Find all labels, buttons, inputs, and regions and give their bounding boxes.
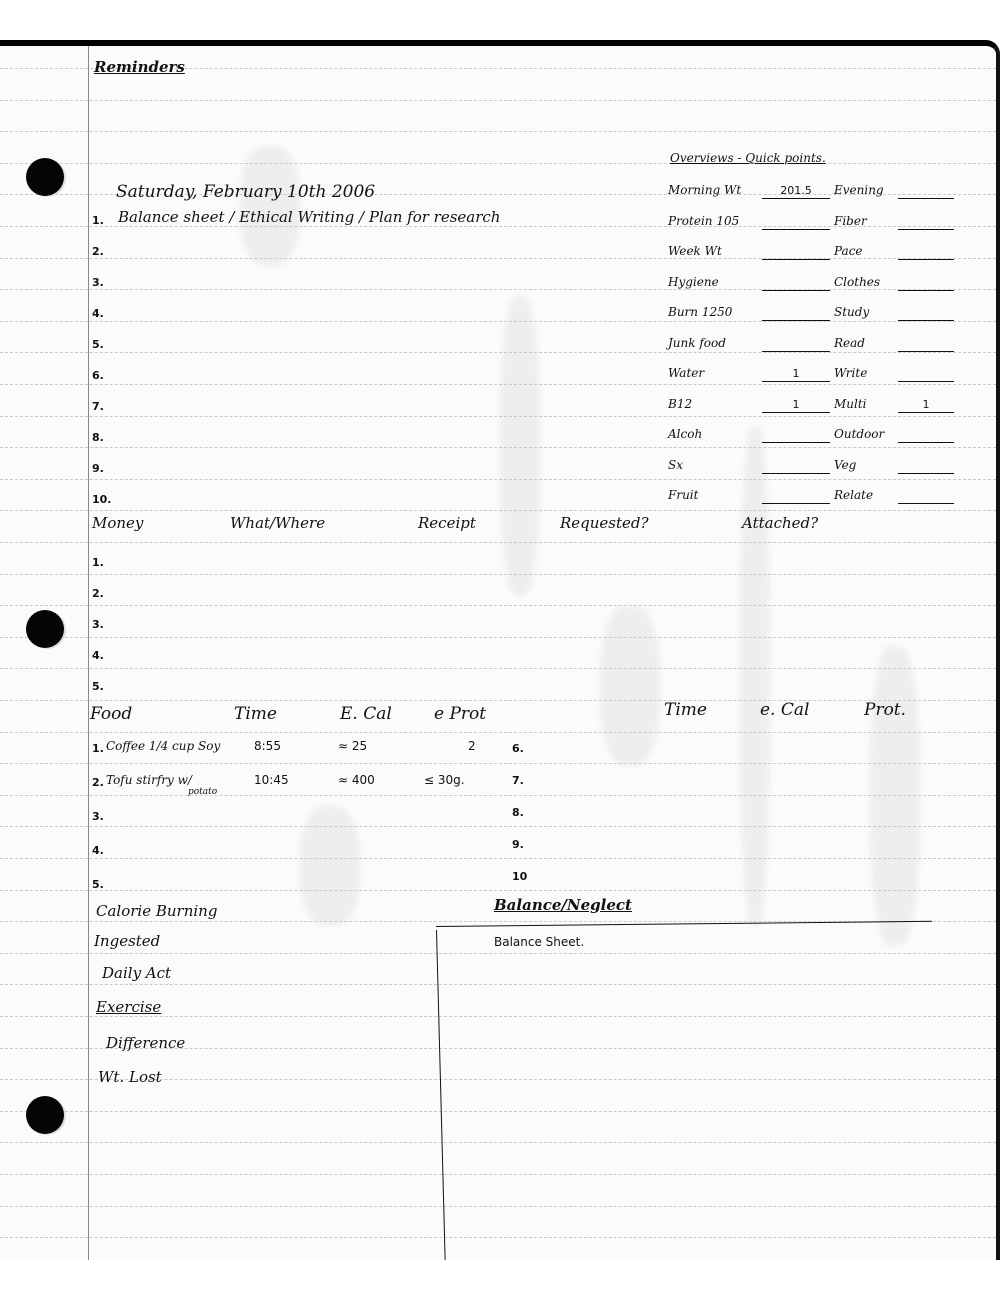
ruled-line bbox=[0, 163, 996, 164]
ruled-line bbox=[0, 1111, 996, 1112]
overview-label-left: Protein 105 bbox=[668, 215, 739, 227]
ruled-line bbox=[0, 1174, 996, 1175]
overview-label-right: Evening bbox=[834, 184, 884, 196]
ruled-line bbox=[0, 668, 996, 669]
overview-label-right: Multi bbox=[834, 398, 867, 410]
overview-field-right[interactable] bbox=[898, 473, 954, 474]
overview-label-right: Veg bbox=[834, 459, 856, 471]
food-right-row-number: 10 bbox=[512, 870, 527, 883]
overview-field-right[interactable] bbox=[898, 351, 954, 352]
binder-hole bbox=[26, 158, 64, 196]
ruled-line bbox=[0, 795, 996, 796]
food-right-column-header: Time bbox=[664, 702, 707, 719]
reminder-number: 1. bbox=[92, 214, 104, 227]
page-heading: Reminders bbox=[94, 60, 185, 75]
overview-value-left: 1 bbox=[793, 367, 800, 380]
ruled-line bbox=[0, 763, 996, 764]
reminder-number: 4. bbox=[92, 307, 104, 320]
food-right-row-number: 8. bbox=[512, 806, 524, 819]
food-row-number: 2. bbox=[92, 776, 104, 789]
money-column-header: Receipt bbox=[418, 516, 476, 531]
ruled-line bbox=[0, 131, 996, 132]
money-row-number: 5. bbox=[92, 680, 104, 693]
calorie-summary-label: Difference bbox=[106, 1036, 185, 1051]
overview-field-left[interactable]: 201.5 bbox=[762, 198, 830, 199]
money-column-header: Attached? bbox=[742, 516, 818, 531]
balance-sheet-label: Balance Sheet. bbox=[494, 936, 584, 948]
money-row-number: 3. bbox=[92, 618, 104, 631]
calorie-summary-label: Exercise bbox=[96, 1000, 161, 1015]
overview-field-right[interactable] bbox=[898, 229, 954, 230]
ruled-line bbox=[0, 1206, 996, 1207]
overview-label-right: Outdoor bbox=[834, 428, 884, 440]
overview-label-right: Write bbox=[834, 367, 867, 379]
food-right-column-header: Prot. bbox=[864, 702, 906, 719]
overview-field-right[interactable] bbox=[898, 503, 954, 504]
food-right-row-number: 7. bbox=[512, 774, 524, 787]
overview-field-left[interactable] bbox=[762, 351, 830, 352]
food-right-row-number: 9. bbox=[512, 838, 524, 851]
reminder-number: 3. bbox=[92, 276, 104, 289]
ruled-line bbox=[0, 1016, 996, 1017]
overview-label-left: Junk food bbox=[668, 337, 726, 349]
overview-label-left: Morning Wt bbox=[668, 184, 741, 196]
reminder-number: 5. bbox=[92, 338, 104, 351]
food-time: 8:55 bbox=[254, 740, 281, 752]
food-column-header: e Prot bbox=[434, 706, 486, 723]
overview-field-left[interactable]: 1 bbox=[762, 381, 830, 382]
food-item: Tofu stirfry w/ bbox=[106, 774, 192, 786]
reminder-number: 6. bbox=[92, 369, 104, 382]
balance-neglect-title: Balance/Neglect bbox=[494, 898, 632, 913]
overview-value-right: 1 bbox=[923, 398, 930, 411]
overview-label-right: Relate bbox=[834, 489, 873, 501]
overview-field-right[interactable] bbox=[898, 290, 954, 291]
overview-label-right: Study bbox=[834, 306, 869, 318]
balance-box-left-border bbox=[436, 930, 446, 1260]
food-calories: ≈ 25 bbox=[338, 740, 367, 752]
overview-label-right: Pace bbox=[834, 245, 863, 257]
ruled-line bbox=[0, 732, 996, 733]
overview-value-left: 201.5 bbox=[780, 184, 812, 197]
ruled-line bbox=[0, 1237, 996, 1238]
overview-field-left[interactable]: 1 bbox=[762, 412, 830, 413]
overview-label-left: B12 bbox=[668, 398, 692, 410]
money-column-header: Money bbox=[92, 516, 143, 531]
overview-field-right[interactable] bbox=[898, 381, 954, 382]
ruled-line bbox=[0, 384, 996, 385]
money-column-header: Requested? bbox=[560, 516, 649, 531]
overview-label-left: Week Wt bbox=[668, 245, 722, 257]
ruled-line bbox=[0, 890, 996, 891]
reminder-number: 8. bbox=[92, 431, 104, 444]
food-row-number: 3. bbox=[92, 810, 104, 823]
reminder-number: 10. bbox=[92, 493, 112, 506]
overview-field-left[interactable] bbox=[762, 290, 830, 291]
overview-field-right[interactable] bbox=[898, 259, 954, 260]
ruled-line bbox=[0, 637, 996, 638]
overview-label-left: Fruit bbox=[668, 489, 698, 501]
ruled-line bbox=[0, 700, 996, 701]
money-column-header: What/Where bbox=[230, 516, 325, 531]
food-calories: ≈ 400 bbox=[338, 774, 375, 786]
calorie-summary-label: Daily Act bbox=[102, 966, 171, 981]
food-item-note: potato bbox=[188, 788, 217, 797]
overview-field-left[interactable] bbox=[762, 320, 830, 321]
overview-field-left[interactable] bbox=[762, 259, 830, 260]
food-protein: ≤ 30g. bbox=[424, 774, 465, 786]
food-item: Coffee 1/4 cup Soy bbox=[106, 740, 220, 752]
ruled-line bbox=[0, 984, 996, 985]
ruled-line bbox=[0, 605, 996, 606]
overview-label-right: Fiber bbox=[834, 215, 867, 227]
ruled-line bbox=[0, 826, 996, 827]
overview-field-left[interactable] bbox=[762, 229, 830, 230]
overview-field-left[interactable] bbox=[762, 442, 830, 443]
ruled-line bbox=[0, 1142, 996, 1143]
food-row-number: 1. bbox=[92, 742, 104, 755]
overview-label-right: Clothes bbox=[834, 276, 880, 288]
food-row-number: 4. bbox=[92, 844, 104, 857]
food-protein: 2 bbox=[468, 740, 476, 752]
money-row-number: 1. bbox=[92, 556, 104, 569]
ruled-line bbox=[0, 953, 996, 954]
ruled-line bbox=[0, 289, 996, 290]
food-column-header: Food bbox=[90, 706, 132, 723]
overview-value-left: 1 bbox=[793, 398, 800, 411]
overview-label-left: Burn 1250 bbox=[668, 306, 732, 318]
ruled-line bbox=[0, 479, 996, 480]
food-row-number: 5. bbox=[92, 878, 104, 891]
ruled-line bbox=[0, 352, 996, 353]
overview-title: Overviews - Quick points. bbox=[670, 152, 826, 164]
overview-field-left[interactable] bbox=[762, 503, 830, 504]
ruled-line bbox=[0, 416, 996, 417]
overview-field-right[interactable]: 1 bbox=[898, 412, 954, 413]
food-right-column-header: e. Cal bbox=[760, 702, 809, 719]
reminder-number: 2. bbox=[92, 245, 104, 258]
overview-label-left: Water bbox=[668, 367, 704, 379]
money-row-number: 2. bbox=[92, 587, 104, 600]
food-right-row-number: 6. bbox=[512, 742, 524, 755]
notebook-page: Reminders Saturday, February 10th 2006 1… bbox=[0, 40, 1000, 1260]
ruled-line bbox=[0, 321, 996, 322]
food-time: 10:45 bbox=[254, 774, 289, 786]
binder-hole bbox=[26, 610, 64, 648]
binder-hole bbox=[26, 1096, 64, 1134]
reminder-number: 9. bbox=[92, 462, 104, 475]
food-column-header: E. Cal bbox=[340, 706, 392, 723]
overview-field-right[interactable] bbox=[898, 442, 954, 443]
overview-label-left: Hygiene bbox=[668, 276, 719, 288]
margin-line bbox=[88, 46, 89, 1260]
overview-field-right[interactable] bbox=[898, 198, 954, 199]
food-column-header: Time bbox=[234, 706, 277, 723]
date-line: Saturday, February 10th 2006 bbox=[116, 184, 375, 201]
overview-field-right[interactable] bbox=[898, 320, 954, 321]
overview-label-left: Sx bbox=[668, 459, 683, 471]
reminder-number: 7. bbox=[92, 400, 104, 413]
money-row-number: 4. bbox=[92, 649, 104, 662]
calorie-summary-label: Ingested bbox=[94, 934, 160, 949]
overview-field-left[interactable] bbox=[762, 473, 830, 474]
overview-label-right: Read bbox=[834, 337, 865, 349]
reminder-text: Balance sheet / Ethical Writing / Plan f… bbox=[118, 210, 500, 225]
ruled-line bbox=[0, 542, 996, 543]
ruled-line bbox=[0, 574, 996, 575]
ruled-line bbox=[0, 858, 996, 859]
ruled-line bbox=[0, 510, 996, 511]
ruled-line bbox=[0, 100, 996, 101]
overview-label-left: Alcoh bbox=[668, 428, 702, 440]
ruled-line bbox=[0, 447, 996, 448]
calorie-summary-label: Calorie Burning bbox=[96, 904, 217, 919]
calorie-summary-label: Wt. Lost bbox=[98, 1070, 162, 1085]
